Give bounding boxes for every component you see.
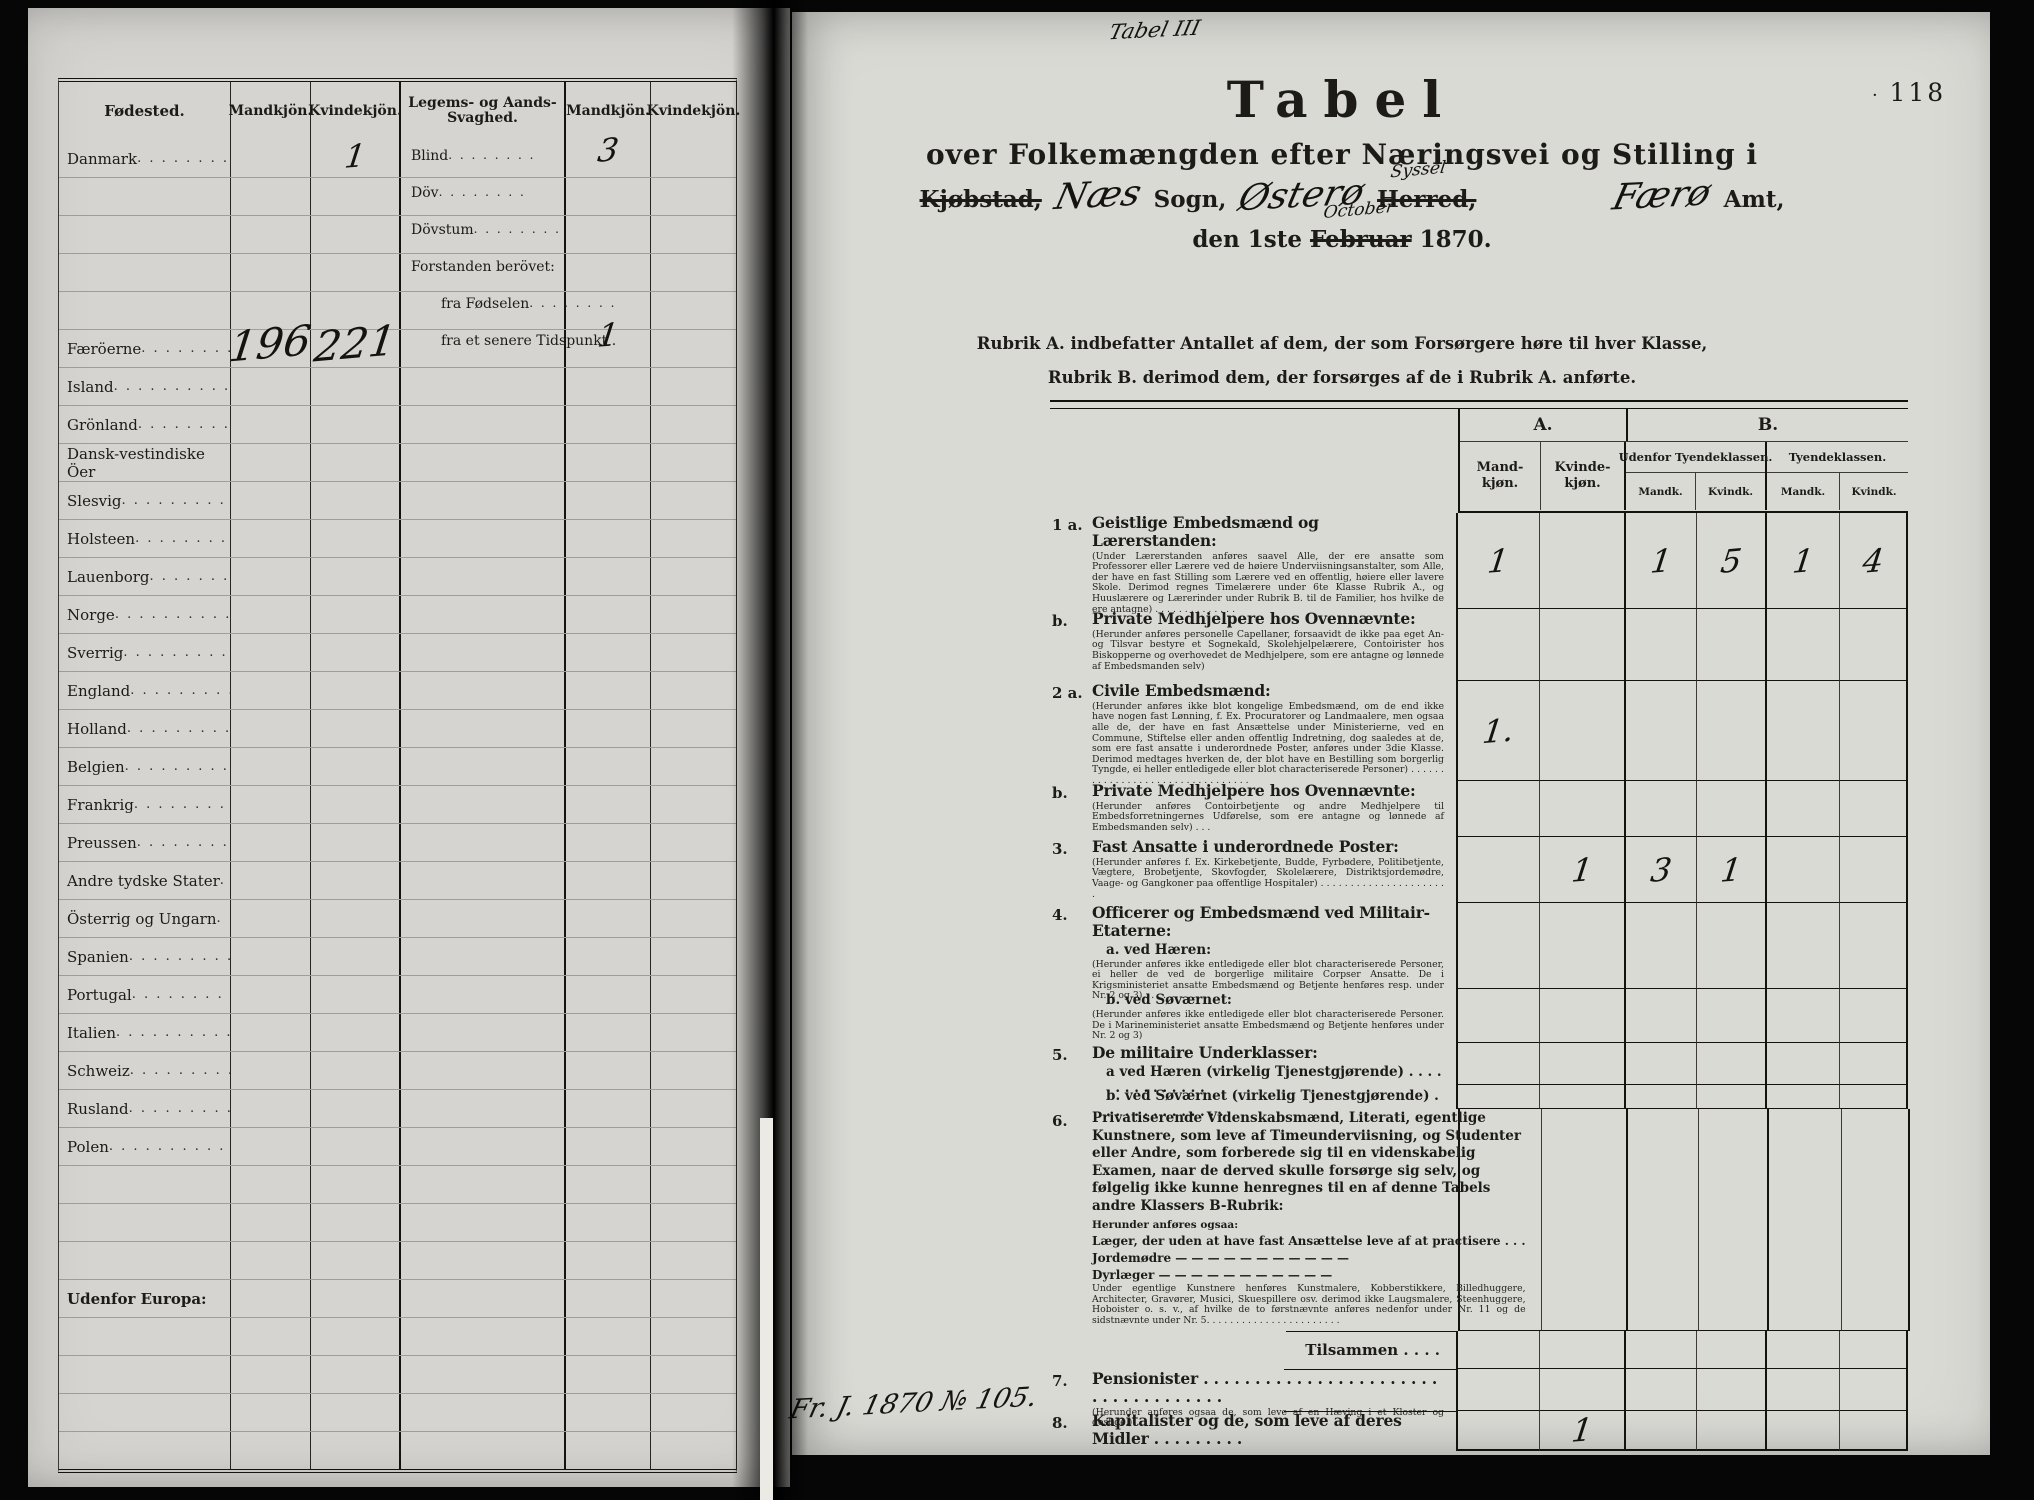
infirmity-male-cell [566, 1432, 651, 1469]
value-cell [1458, 609, 1540, 681]
infirmity-cell [401, 368, 566, 405]
value-cell [1840, 1331, 1908, 1369]
value-cell [1840, 1411, 1908, 1451]
birthplace-cell: Polen [59, 1128, 231, 1165]
value-cell [1458, 1331, 1540, 1369]
occupation-title: Pensionister . . . . . . . . . . . . . .… [1092, 1370, 1444, 1406]
occupation-row-text: Kapitalister og de, som leve af deres Mi… [1092, 1411, 1456, 1451]
birthplace-cell: Schweiz [59, 1052, 231, 1089]
male-count-cell [231, 1052, 311, 1089]
row-number [1050, 1085, 1092, 1109]
header-a-mand: Mand- kjøn. [1460, 442, 1541, 510]
header-kvindekjon: Kvindekjön. [311, 82, 401, 140]
header-rubrik-a: A. [1460, 409, 1628, 441]
occupation-row-text: Private Medhjelpere hos Ovennævnte:(Heru… [1092, 781, 1456, 837]
a-kvinde-line1: Kvinde- [1555, 460, 1611, 476]
birthplace-cell: Norge [59, 596, 231, 633]
infirmity-male-cell [566, 1128, 651, 1165]
birthplace-cell: Frankrig [59, 786, 231, 823]
female-count-cell [311, 1090, 401, 1127]
infirmity-cell [401, 1280, 566, 1317]
infirmity-female-cell [651, 900, 736, 937]
row-number: 3. [1050, 837, 1092, 903]
table-row: Schweiz [59, 1052, 736, 1090]
value-cell [1626, 681, 1697, 781]
handwritten-value: 1 [1649, 544, 1674, 578]
female-count-cell [311, 1280, 401, 1317]
value-cell [1542, 1109, 1628, 1331]
table-row: Belgien [59, 748, 736, 786]
handwritten-syssel: Syssel [1390, 160, 1447, 182]
leader-dots [122, 493, 230, 508]
male-count-cell [231, 1128, 311, 1165]
row-number: b. [1050, 609, 1092, 681]
occupation-row-label: Tilsammen . . . . [1050, 1331, 1456, 1369]
occupation-table-rows: 1 a.Geistlige Embedsmænd og Lærerstanden… [1050, 513, 1908, 1451]
row-number: b. [1050, 781, 1092, 837]
birthplace-cell [59, 1242, 231, 1279]
value-cell [1767, 989, 1840, 1043]
occupation-table-header: A. B. Mand- kjøn. Kvinde- [1050, 409, 1908, 513]
male-count-cell [231, 900, 311, 937]
occupation-title: Private Medhjelpere hos Ovennævnte: [1092, 610, 1444, 628]
infirmity-cell [401, 216, 566, 253]
female-count-cell [311, 520, 401, 557]
header-kvindekjon-2: Kvindekjön. [651, 82, 736, 140]
female-count-cell [311, 1052, 401, 1089]
infirmity-cell [401, 1128, 566, 1165]
female-count-cell [311, 976, 401, 1013]
infirmity-female-cell [651, 786, 736, 823]
occupation-row-label: 1 a.Geistlige Embedsmænd og Lærerstanden… [1050, 513, 1456, 609]
infirmity-cell [401, 976, 566, 1013]
birthplace-label: Danmark [67, 150, 137, 168]
occupation-title: Civile Embedsmænd: [1092, 682, 1444, 700]
table-row [59, 216, 736, 254]
table-row [59, 1242, 736, 1280]
female-count-cell [311, 938, 401, 975]
occupation-row: b.Private Medhjelpere hos Ovennævnte:(He… [1050, 609, 1908, 681]
value-cell [1458, 1085, 1540, 1109]
infirmity-cell [401, 1090, 566, 1127]
row-number: 1 a. [1050, 513, 1092, 609]
infirmity-male-cell [566, 748, 651, 785]
value-cell: 1 [1697, 837, 1767, 903]
table-row: Sverrig [59, 634, 736, 672]
table-row: England [59, 672, 736, 710]
leader-dots [114, 379, 230, 394]
female-count-cell [311, 368, 401, 405]
female-count-cell [311, 216, 401, 253]
female-count-cell [311, 558, 401, 595]
birthplace-label: Færöerne [67, 340, 141, 358]
value-cell [1540, 1085, 1626, 1109]
leader-dots [115, 607, 230, 622]
rubrik-b-explanation: Rubrik B. derimod dem, der forsørges af … [932, 368, 1752, 387]
birthplace-cell: Dansk-vestindiske Öer [59, 444, 231, 481]
occupation-subline: Læger, der uden at have fast Ansættelse … [1092, 1234, 1526, 1248]
birthplace-cell: Udenfor Europa: [59, 1280, 231, 1317]
birthplace-label: Rusland [67, 1100, 129, 1118]
infirmity-male-cell [566, 938, 651, 975]
occupation-row-text: b. ved Søværnet:(Herunder anføres ikke e… [1092, 989, 1456, 1043]
birthplace-cell [59, 1394, 231, 1431]
occupation-row-text: Pensionister . . . . . . . . . . . . . .… [1092, 1369, 1456, 1411]
female-count-cell [311, 596, 401, 633]
birthplace-cell: Lauenborg [59, 558, 231, 595]
infirmity-cell [401, 254, 566, 291]
row-number: 7. [1050, 1369, 1092, 1411]
value-cell [1840, 989, 1908, 1043]
infirmity-female-cell [651, 748, 736, 785]
value-cell [1626, 1085, 1697, 1109]
female-count-cell [311, 748, 401, 785]
birthplace-cell [59, 216, 231, 253]
occupation-row-text: b. ved Søværnet (virkelig Tjenestgjørend… [1092, 1085, 1456, 1109]
female-count-cell [311, 710, 401, 747]
date-year: 1870. [1420, 226, 1492, 253]
infirmity-male-cell [566, 482, 651, 519]
occupation-row: 6.Privatiserende Videnskabsmænd, Literat… [1050, 1109, 1908, 1331]
infirmity-male-cell [566, 520, 651, 557]
infirmity-male-cell [566, 634, 651, 671]
infirmity-male-cell [566, 140, 651, 177]
value-cell [1840, 781, 1908, 837]
infirmity-female-cell [651, 1356, 736, 1393]
birthplace-cell: Island [59, 368, 231, 405]
male-count-cell [231, 672, 311, 709]
value-cells [1456, 609, 1908, 681]
table-row [59, 1356, 736, 1394]
handwritten-value: 1 [1570, 853, 1595, 887]
male-count-cell [231, 558, 311, 595]
occupation-row-label: b. ved Søværnet:(Herunder anføres ikke e… [1050, 989, 1456, 1043]
occupation-row-label: b.Private Medhjelpere hos Ovennævnte:(He… [1050, 609, 1456, 681]
birthplace-table: Fødested. Mandkjön. Kvindekjön. Legems- … [58, 78, 737, 1473]
value-cells: 1. [1456, 681, 1908, 781]
occupation-note: (Herunder anføres Contoirbetjente og and… [1092, 802, 1444, 834]
birthplace-cell [59, 254, 231, 291]
birthplace-label: Italien [67, 1024, 116, 1042]
occupation-row: 4.Officerer og Embedsmænd ved Militair-E… [1050, 903, 1908, 989]
birthplace-cell [59, 178, 231, 215]
infirmity-female-cell [651, 1204, 736, 1241]
birthplace-label: Udenfor Europa: [67, 1290, 207, 1308]
infirmity-female-cell [651, 178, 736, 215]
infirmity-male-cell [566, 558, 651, 595]
birthplace-cell: Andre tydske Stater [59, 862, 231, 899]
infirmity-female-cell [651, 406, 736, 443]
leader-dots [150, 569, 230, 584]
handwritten-value: 5 [1719, 544, 1744, 578]
value-cell [1699, 1109, 1769, 1331]
b-tyende-mandk: Mandk. [1767, 473, 1840, 510]
birthplace-label: Portugal [67, 986, 132, 1004]
infirmity-cell [401, 1318, 566, 1355]
handwritten-tab-note: Tabel III [1107, 18, 1202, 44]
female-count-cell [311, 672, 401, 709]
infirmity-female-cell [651, 824, 736, 861]
handwritten-value: 1 [1719, 853, 1744, 887]
date-prefix: den 1ste [1192, 226, 1302, 253]
value-cell [1840, 681, 1908, 781]
birthplace-cell [59, 1356, 231, 1393]
row-number [1050, 989, 1092, 1043]
infirmity-cell [401, 292, 566, 329]
right-page: Tabel III 118 Tabel over Folkemængden ef… [792, 12, 1990, 1455]
page-number: 118 [1872, 78, 1946, 107]
value-cells [1456, 1085, 1908, 1109]
infirmity-male-cell [566, 710, 651, 747]
female-count-cell [311, 1128, 401, 1165]
value-cell [1540, 1331, 1626, 1369]
infirmity-female-cell [651, 482, 736, 519]
value-cell [1697, 1411, 1767, 1451]
birthplace-cell [59, 1432, 231, 1469]
table-row: Slesvig [59, 482, 736, 520]
handwritten-male-count: 196 [227, 319, 314, 368]
infirmity-female-cell [651, 1090, 736, 1127]
occupation-paragraph: Privatiserende Videnskabsmænd, Literati,… [1092, 1110, 1526, 1215]
infirmity-female-cell [651, 938, 736, 975]
male-count-cell [231, 1166, 311, 1203]
male-count-cell [231, 1394, 311, 1431]
table-row [59, 1318, 736, 1356]
birthplace-label: Sverrig [67, 644, 123, 662]
value-cell [1767, 1043, 1840, 1085]
infirmity-cell [401, 596, 566, 633]
table-row: Holland [59, 710, 736, 748]
infirmity-female-cell [651, 1166, 736, 1203]
occupation-row-label: 4.Officerer og Embedsmænd ved Militair-E… [1050, 903, 1456, 989]
tilsammen-label: Tilsammen . . . . [1092, 1341, 1456, 1359]
infirmity-female-cell [651, 862, 736, 899]
birthplace-label: Frankrig [67, 796, 134, 814]
leader-dots [127, 721, 230, 736]
male-count-cell: 196 [231, 330, 311, 367]
table-top-rule [1050, 400, 1908, 409]
infirmity-cell [401, 1242, 566, 1279]
male-count-cell [231, 444, 311, 481]
infirmity-cell [401, 710, 566, 747]
occupation-row-label: 6.Privatiserende Videnskabsmænd, Literat… [1050, 1109, 1458, 1331]
birthplace-label: Polen [67, 1138, 109, 1156]
infirmity-cell [401, 558, 566, 595]
infirmity-cell [401, 786, 566, 823]
value-cells [1456, 1369, 1908, 1411]
birthplace-label: Österrig og Ungarn [67, 910, 217, 928]
infirmity-female-cell [651, 596, 736, 633]
value-cells [1456, 1043, 1908, 1085]
male-count-cell [231, 1356, 311, 1393]
occupation-row-label: b.Private Medhjelpere hos Ovennævnte:(He… [1050, 781, 1456, 837]
infirmity-cell [401, 1204, 566, 1241]
female-count-cell [311, 444, 401, 481]
infirmity-female-cell [651, 1052, 736, 1089]
a-mand-line2: kjøn. [1482, 476, 1518, 492]
leader-dots [134, 797, 230, 812]
occupation-row: 8.Kapitalister og de, som leve af deres … [1050, 1411, 1908, 1451]
handwritten-value: 1. [1481, 713, 1516, 748]
value-cell [1767, 609, 1840, 681]
leader-dots [137, 151, 230, 166]
occupation-row-text: Fast Ansatte i underordnede Poster:(Heru… [1092, 837, 1456, 903]
rubrik-a-explanation: Rubrik A. indbefatter Antallet af dem, d… [932, 334, 1752, 353]
struck-kjobstad: Kjøbstad, [920, 186, 1042, 213]
value-cells [1456, 903, 1908, 989]
occupation-note: Under egentlige Kunstnere henføres Kunst… [1092, 1284, 1526, 1326]
birthplace-label: Holland [67, 720, 127, 738]
female-count-cell: 1 [311, 140, 401, 177]
infirmity-cell [401, 330, 566, 367]
occupation-title: Fast Ansatte i underordnede Poster: [1092, 838, 1444, 856]
infirmity-cell [401, 824, 566, 861]
birthplace-cell: Österrig og Ungarn [59, 900, 231, 937]
male-count-cell [231, 976, 311, 1013]
birthplace-cell: Italien [59, 1014, 231, 1051]
infirmity-female-cell [651, 710, 736, 747]
value-cell: 1 [1458, 513, 1540, 609]
infirmity-cell [401, 1166, 566, 1203]
table-row: Norge [59, 596, 736, 634]
occupation-row: 3.Fast Ansatte i underordnede Poster:(He… [1050, 837, 1908, 903]
value-cell [1626, 1331, 1697, 1369]
infirmity-male-cell [566, 1090, 651, 1127]
table-row: Island [59, 368, 736, 406]
handwritten-month: October [1322, 199, 1395, 222]
document-title: Tabel [992, 70, 1692, 129]
birthplace-label: Preussen [67, 834, 137, 852]
female-count-cell [311, 634, 401, 671]
infirmity-male-cell [566, 824, 651, 861]
occupation-row: b. ved Søværnet (virkelig Tjenestgjørend… [1050, 1085, 1908, 1109]
infirmity-cell [401, 748, 566, 785]
handwritten-sogn-name: Næs [1051, 176, 1144, 216]
value-cell: 1 [1540, 1411, 1626, 1451]
infirmity-cell [401, 406, 566, 443]
leader-dots [137, 835, 230, 850]
occupation-row-label: b. ved Søværnet (virkelig Tjenestgjørend… [1050, 1085, 1456, 1109]
infirmity-female-cell [651, 140, 736, 177]
value-cells [1456, 989, 1908, 1043]
handwritten-female-count: 221 [312, 319, 399, 368]
occupation-note: (Herunder anføres ikke blot kongelige Em… [1092, 702, 1444, 787]
female-count-cell [311, 1166, 401, 1203]
value-cells [1456, 781, 1908, 837]
row-number: 6. [1050, 1109, 1092, 1331]
infirmity-female-cell [651, 1394, 736, 1431]
value-cell [1840, 1369, 1908, 1411]
occupation-row-text: Geistlige Embedsmænd og Lærerstanden:(Un… [1092, 513, 1456, 609]
value-cell: 1 [1540, 837, 1626, 903]
birthplace-cell [59, 1318, 231, 1355]
occupation-row-text: Civile Embedsmænd:(Herunder anføres ikke… [1092, 681, 1456, 781]
table-row: Frankrig [59, 786, 736, 824]
infirmity-cell [401, 900, 566, 937]
row-number: 2 a. [1050, 681, 1092, 781]
infirmity-female-cell [651, 292, 736, 329]
birthplace-label: Lauenborg [67, 568, 150, 586]
occupation-row: 1 a.Geistlige Embedsmænd og Lærerstanden… [1050, 513, 1908, 609]
infirmity-male-cell [566, 1356, 651, 1393]
struck-month-wrap: October Februar [1310, 226, 1412, 253]
infirmity-male-cell [566, 1318, 651, 1355]
header-mandkjon: Mandkjön. [231, 82, 311, 140]
occupation-note: (Herunder anføres ikke entledigede eller… [1092, 1010, 1444, 1042]
birthplace-label: Norge [67, 606, 115, 624]
value-cell [1767, 903, 1840, 989]
value-cell [1626, 1043, 1697, 1085]
value-cell [1458, 903, 1540, 989]
birthplace-label: Dansk-vestindiske Öer [67, 445, 230, 481]
leader-dots [129, 949, 230, 964]
value-cell [1840, 837, 1908, 903]
table-row: Lauenborg [59, 558, 736, 596]
male-count-cell [231, 824, 311, 861]
birthplace-label: Slesvig [67, 492, 122, 510]
occupation-row-label: 2 a.Civile Embedsmænd:(Herunder anføres … [1050, 681, 1456, 781]
infirmity-cell [401, 482, 566, 519]
table-row: Udenfor Europa: [59, 1280, 736, 1318]
occupation-title: Geistlige Embedsmænd og Lærerstanden: [1092, 514, 1444, 550]
birthplace-cell: Preussen [59, 824, 231, 861]
header-svaghed: Legems- og Aands-Svaghed. [401, 82, 566, 140]
value-cell [1458, 989, 1540, 1043]
infirmity-female-cell [651, 976, 736, 1013]
occupation-subintro: Herunder anføres ogsaa: [1092, 1219, 1526, 1231]
occupation-title: Kapitalister og de, som leve af deres Mi… [1092, 1412, 1444, 1448]
header-rubrik-b: B. [1628, 409, 1908, 441]
birthplace-cell: Danmark [59, 140, 231, 177]
value-cell [1767, 1411, 1840, 1451]
occupation-note: (Herunder anføres personelle Capellaner,… [1092, 630, 1444, 672]
value-cell [1626, 609, 1697, 681]
value-cells [1456, 1331, 1908, 1369]
infirmity-female-cell [651, 1242, 736, 1279]
female-count-cell [311, 786, 401, 823]
occupation-row-label: 5.De militaire Underklasser:a ved Hæren … [1050, 1043, 1456, 1085]
value-cell [1626, 781, 1697, 837]
value-cell: 5 [1697, 513, 1767, 609]
birthplace-cell: Rusland [59, 1090, 231, 1127]
birthplace-cell: Holsteen [59, 520, 231, 557]
table-row: Preussen [59, 824, 736, 862]
value-cell [1697, 1331, 1767, 1369]
value-cells: 1 [1456, 1411, 1908, 1451]
infirmity-male-cell [566, 862, 651, 899]
occupation-title: Private Medhjelpere hos Ovennævnte: [1092, 782, 1444, 800]
female-count-cell [311, 1394, 401, 1431]
birthplace-cell: Spanien [59, 938, 231, 975]
male-count-cell [231, 482, 311, 519]
value-cell [1540, 1043, 1626, 1085]
table-row: Danmark1 [59, 140, 736, 178]
value-cell [1697, 989, 1767, 1043]
value-cell [1767, 1369, 1840, 1411]
female-count-cell [311, 1432, 401, 1469]
value-cell [1767, 1331, 1840, 1369]
infirmity-female-cell [651, 216, 736, 253]
infirmity-cell [401, 444, 566, 481]
handwritten-value: 3 [1649, 853, 1674, 887]
occupation-row-label: 8.Kapitalister og de, som leve af deres … [1050, 1411, 1456, 1451]
female-count-cell [311, 178, 401, 215]
leader-dots [109, 1139, 230, 1154]
infirmity-cell [401, 140, 566, 177]
infirmity-cell [401, 938, 566, 975]
header-fodested: Fødested. [59, 82, 231, 140]
value-cells: 131 [1456, 837, 1908, 903]
